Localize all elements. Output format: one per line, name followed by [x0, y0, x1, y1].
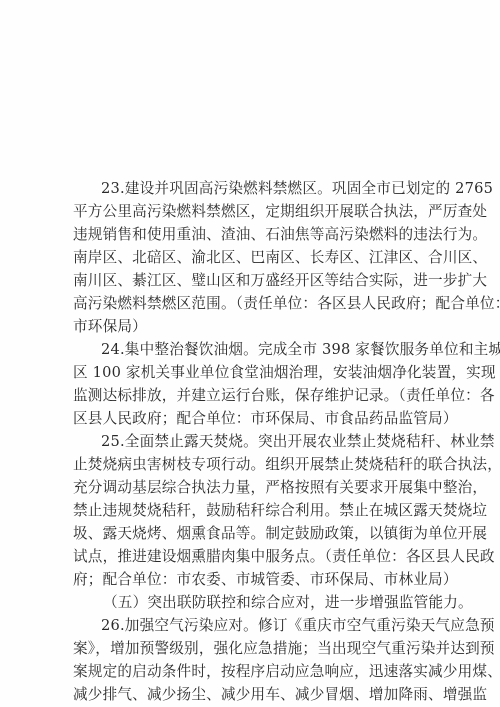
text-line: 区县人民政府；配合单位：市环保局、市食品药品监管局）	[73, 408, 435, 430]
text-line: 违规销售和使用重油、渣油、石油焦等高污染燃料的违法行为。	[73, 224, 435, 246]
text-line: 25.全面禁止露天焚烧。突出开展农业禁止焚烧秸秆、林业禁	[101, 431, 435, 453]
text-line: 减少排气、减少扬尘、减少用车、减少冒烟、增加降雨、增强监	[73, 684, 435, 706]
text-line: 禁止违规焚烧秸秆，鼓励秸秆综合利用。禁止在城区露天焚烧垃	[73, 500, 435, 522]
text-line: 案》，增加预警级别，强化应急措施；当出现空气重污染并达到预	[73, 638, 435, 660]
text-line: 充分调动基层综合执法力量，严格按照有关要求开展集中整治，	[73, 477, 435, 499]
text-line: 监测达标排放，并建立运行台账，保存维护记录。（责任单位：各	[73, 385, 435, 407]
text-line: 区 100 家机关事业单位食堂油烟治理，安装油烟净化装置，实现	[73, 362, 435, 384]
document-page: 23.建设并巩固高污染燃料禁燃区。巩固全市已划定的 2765 平方公里高污染燃料…	[0, 0, 500, 707]
text-line: 南岸区、北碚区、渝北区、巴南区、长寿区、江津区、合川区、	[73, 247, 435, 269]
text-line: 止焚烧病虫害树枝专项行动。组织开展禁止焚烧秸秆的联合执法，	[73, 454, 435, 476]
text-line: 案规定的启动条件时，按程序启动应急响应，迅速落实减少用煤、	[73, 661, 435, 683]
text-line: 市环保局）	[73, 316, 435, 338]
text-line: 试点，推进建设烟熏腊肉集中服务点。（责任单位：各区县人民政	[73, 546, 435, 568]
text-line: 高污染燃料禁燃区范围。（责任单位：各区县人民政府；配合单位：	[73, 293, 435, 315]
section-heading: （五）突出联防联控和综合应对，进一步增强监管能力。	[103, 592, 435, 614]
text-line: 平方公里高污染燃料禁燃区，定期组织开展联合执法，严厉查处	[73, 201, 435, 223]
text-line: 圾、露天烧烤、烟熏食品等。制定鼓励政策，以镇街为单位开展	[73, 523, 435, 545]
text-line: 26.加强空气污染应对。修订《重庆市空气重污染天气应急预	[101, 615, 435, 637]
text-line: 23.建设并巩固高污染燃料禁燃区。巩固全市已划定的 2765	[101, 178, 435, 200]
text-line: 24.集中整治餐饮油烟。完成全市 398 家餐饮服务单位和主城	[101, 339, 435, 361]
text-line: 南川区、綦江区、璧山区和万盛经开区等结合实际，进一步扩大	[73, 270, 435, 292]
text-line: 府；配合单位：市农委、市城管委、市环保局、市林业局）	[73, 569, 435, 591]
